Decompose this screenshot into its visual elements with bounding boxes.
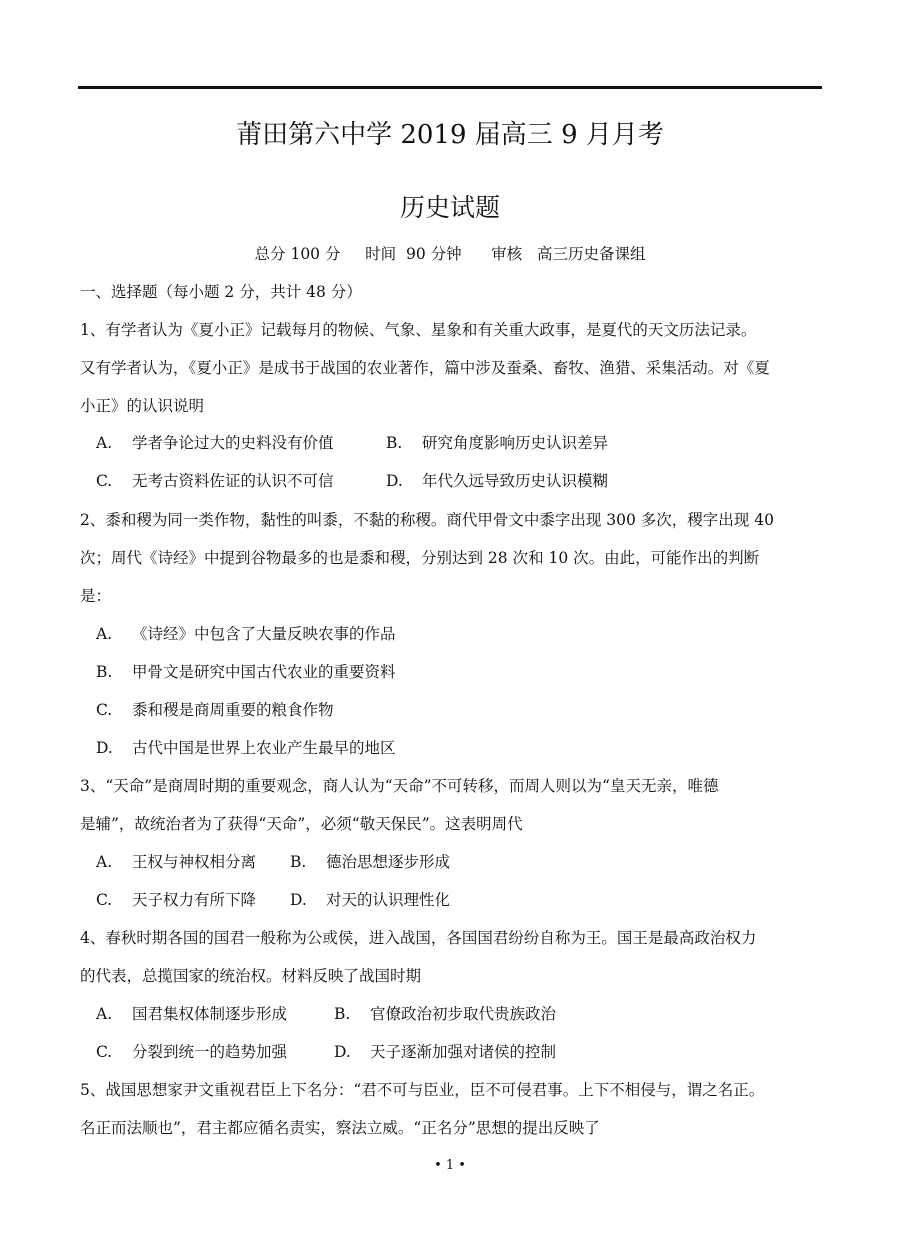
question-5-line-2: 名正而法顺也”，君主都应循名责实，察法立威。“正名分”思想的提出反映了: [80, 1118, 600, 1138]
question-3-option-a: A.王权与神权相分离: [96, 852, 256, 872]
option-text: 古代中国是世界上农业产生最早的地区: [132, 739, 396, 757]
page-number: • 1 •: [0, 1158, 900, 1173]
option-text: 《诗经》中包含了大量反映农事的作品: [132, 625, 396, 643]
option-letter: B.: [334, 1004, 370, 1024]
option-letter: A.: [96, 624, 132, 644]
option-letter: C.: [96, 1042, 132, 1062]
option-letter: A.: [96, 1004, 132, 1024]
option-text: 天子权力有所下降: [132, 891, 256, 909]
option-text: 学者争论过大的史料没有价值: [132, 434, 334, 452]
exam-subtitle: 历史试题: [0, 188, 900, 224]
option-letter: D.: [96, 738, 132, 758]
option-letter: B.: [96, 662, 132, 682]
option-letter: B.: [386, 433, 422, 453]
question-2-option-d: D.古代中国是世界上农业产生最早的地区: [96, 738, 396, 758]
question-5-line-1: 5、战国思想家尹文重视君臣上下名分：“君不可与臣业，臣不可侵君事。上下不相侵与，…: [80, 1080, 764, 1100]
option-text: 无考古资料佐证的认识不可信: [132, 472, 334, 490]
question-1-option-b: B.研究角度影响历史认识差异: [386, 433, 608, 453]
option-letter: C.: [96, 890, 132, 910]
option-text: 年代久远导致历史认识模糊: [422, 472, 608, 490]
option-text: 官僚政治初步取代贵族政治: [370, 1005, 556, 1023]
question-3-option-b: B.德治思想逐步形成: [290, 852, 450, 872]
question-2-option-c: C.黍和稷是商周重要的粮食作物: [96, 700, 334, 720]
question-4-option-c: C.分裂到统一的趋势加强: [96, 1042, 287, 1062]
option-letter: A.: [96, 852, 132, 872]
question-4-line-2: 的代表，总揽国家的统治权。材料反映了战国时期: [80, 966, 421, 986]
option-letter: D.: [386, 471, 422, 491]
question-4-option-b: B.官僚政治初步取代贵族政治: [334, 1004, 556, 1024]
exam-info: 总分 100 分 时间 90 分钟 审核 高三历史备课组: [0, 242, 900, 264]
question-1-option-d: D.年代久远导致历史认识模糊: [386, 471, 608, 491]
option-text: 国君集权体制逐步形成: [132, 1005, 287, 1023]
exam-title: 莆田第六中学 2019 届高三 9 月月考: [0, 114, 900, 151]
question-4-option-d: D.天子逐渐加强对诸侯的控制: [334, 1042, 556, 1062]
question-4-option-a: A.国君集权体制逐步形成: [96, 1004, 287, 1024]
question-3-line-2: 是辅”，故统治者为了获得“天命”，必须“敬天保民”。这表明周代: [80, 814, 523, 834]
question-1-line-1: 1、有学者认为《夏小正》记载每月的物候、气象、星象和有关重大政事，是夏代的天文历…: [80, 320, 756, 340]
question-3-option-d: D.对天的认识理性化: [290, 890, 450, 910]
option-text: 分裂到统一的趋势加强: [132, 1043, 287, 1061]
header-rule: [78, 86, 822, 89]
question-1-option-c: C.无考古资料佐证的认识不可信: [96, 471, 334, 491]
question-2-line-3: 是：: [80, 586, 111, 606]
option-letter: C.: [96, 700, 132, 720]
option-letter: C.: [96, 471, 132, 491]
option-letter: A.: [96, 433, 132, 453]
question-2-option-a: A.《诗经》中包含了大量反映农事的作品: [96, 624, 396, 644]
option-text: 研究角度影响历史认识差异: [422, 434, 608, 452]
option-text: 甲骨文是研究中国古代农业的重要资料: [132, 663, 396, 681]
option-text: 黍和稷是商周重要的粮食作物: [132, 701, 334, 719]
option-letter: B.: [290, 852, 326, 872]
section-heading: 一、选择题（每小题 2 分，共计 48 分）: [80, 282, 362, 302]
question-3-option-c: C.天子权力有所下降: [96, 890, 256, 910]
option-text: 天子逐渐加强对诸侯的控制: [370, 1043, 556, 1061]
question-2-line-1: 2、黍和稷为同一类作物，黏性的叫黍，不黏的称稷。商代甲骨文中黍字出现 300 多…: [80, 510, 774, 530]
option-letter: D.: [334, 1042, 370, 1062]
question-2-line-2: 次；周代《诗经》中提到谷物最多的也是黍和稷，分别达到 28 次和 10 次。由此…: [80, 548, 759, 568]
question-1-line-2: 又有学者认为，《夏小正》是成书于战国的农业著作，篇中涉及蚕桑、畜牧、渔猎、采集活…: [80, 358, 770, 378]
question-1-option-a: A.学者争论过大的史料没有价值: [96, 433, 334, 453]
question-1-line-3: 小正》的认识说明: [80, 396, 204, 416]
option-text: 德治思想逐步形成: [326, 853, 450, 871]
question-3-line-1: 3、“天命”是商周时期的重要观念，商人认为“天命”不可转移，而周人则以为“皇天无…: [80, 776, 719, 796]
question-2-option-b: B.甲骨文是研究中国古代农业的重要资料: [96, 662, 396, 682]
question-4-line-1: 4、春秋时期各国的国君一般称为公或侯，进入战国，各国国君纷纷自称为王。国王是最高…: [80, 928, 756, 948]
option-text: 王权与神权相分离: [132, 853, 256, 871]
option-text: 对天的认识理性化: [326, 891, 450, 909]
option-letter: D.: [290, 890, 326, 910]
